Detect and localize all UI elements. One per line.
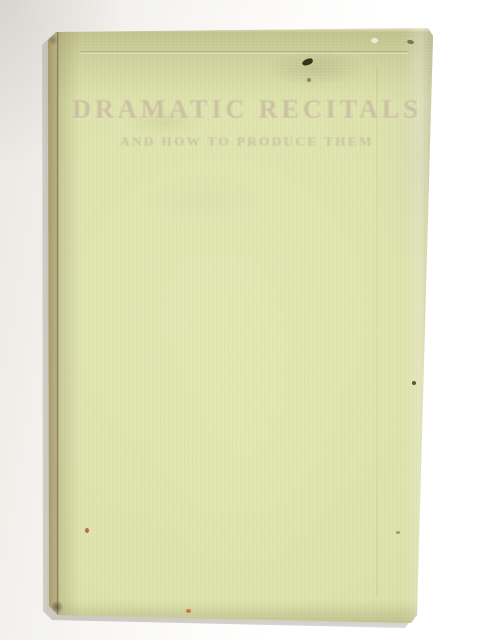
photo-scene: DRAMATIC RECITALS AND HOW TO PRODUCE THE…: [0, 0, 480, 640]
embossed-border-rule: [80, 51, 408, 54]
right-edge-dot: [412, 381, 416, 385]
tan-speck: [396, 531, 400, 534]
brown-dot-speck: [307, 78, 311, 82]
book: DRAMATIC RECITALS AND HOW TO PRODUCE THE…: [44, 26, 434, 626]
orange-fleck: [186, 609, 191, 613]
light-scuff-spot: [371, 38, 378, 43]
embossed-title: DRAMATIC RECITALS: [68, 95, 426, 125]
red-fleck: [85, 528, 89, 533]
embossed-subtitle: AND HOW TO PRODUCE THEM: [68, 134, 426, 150]
